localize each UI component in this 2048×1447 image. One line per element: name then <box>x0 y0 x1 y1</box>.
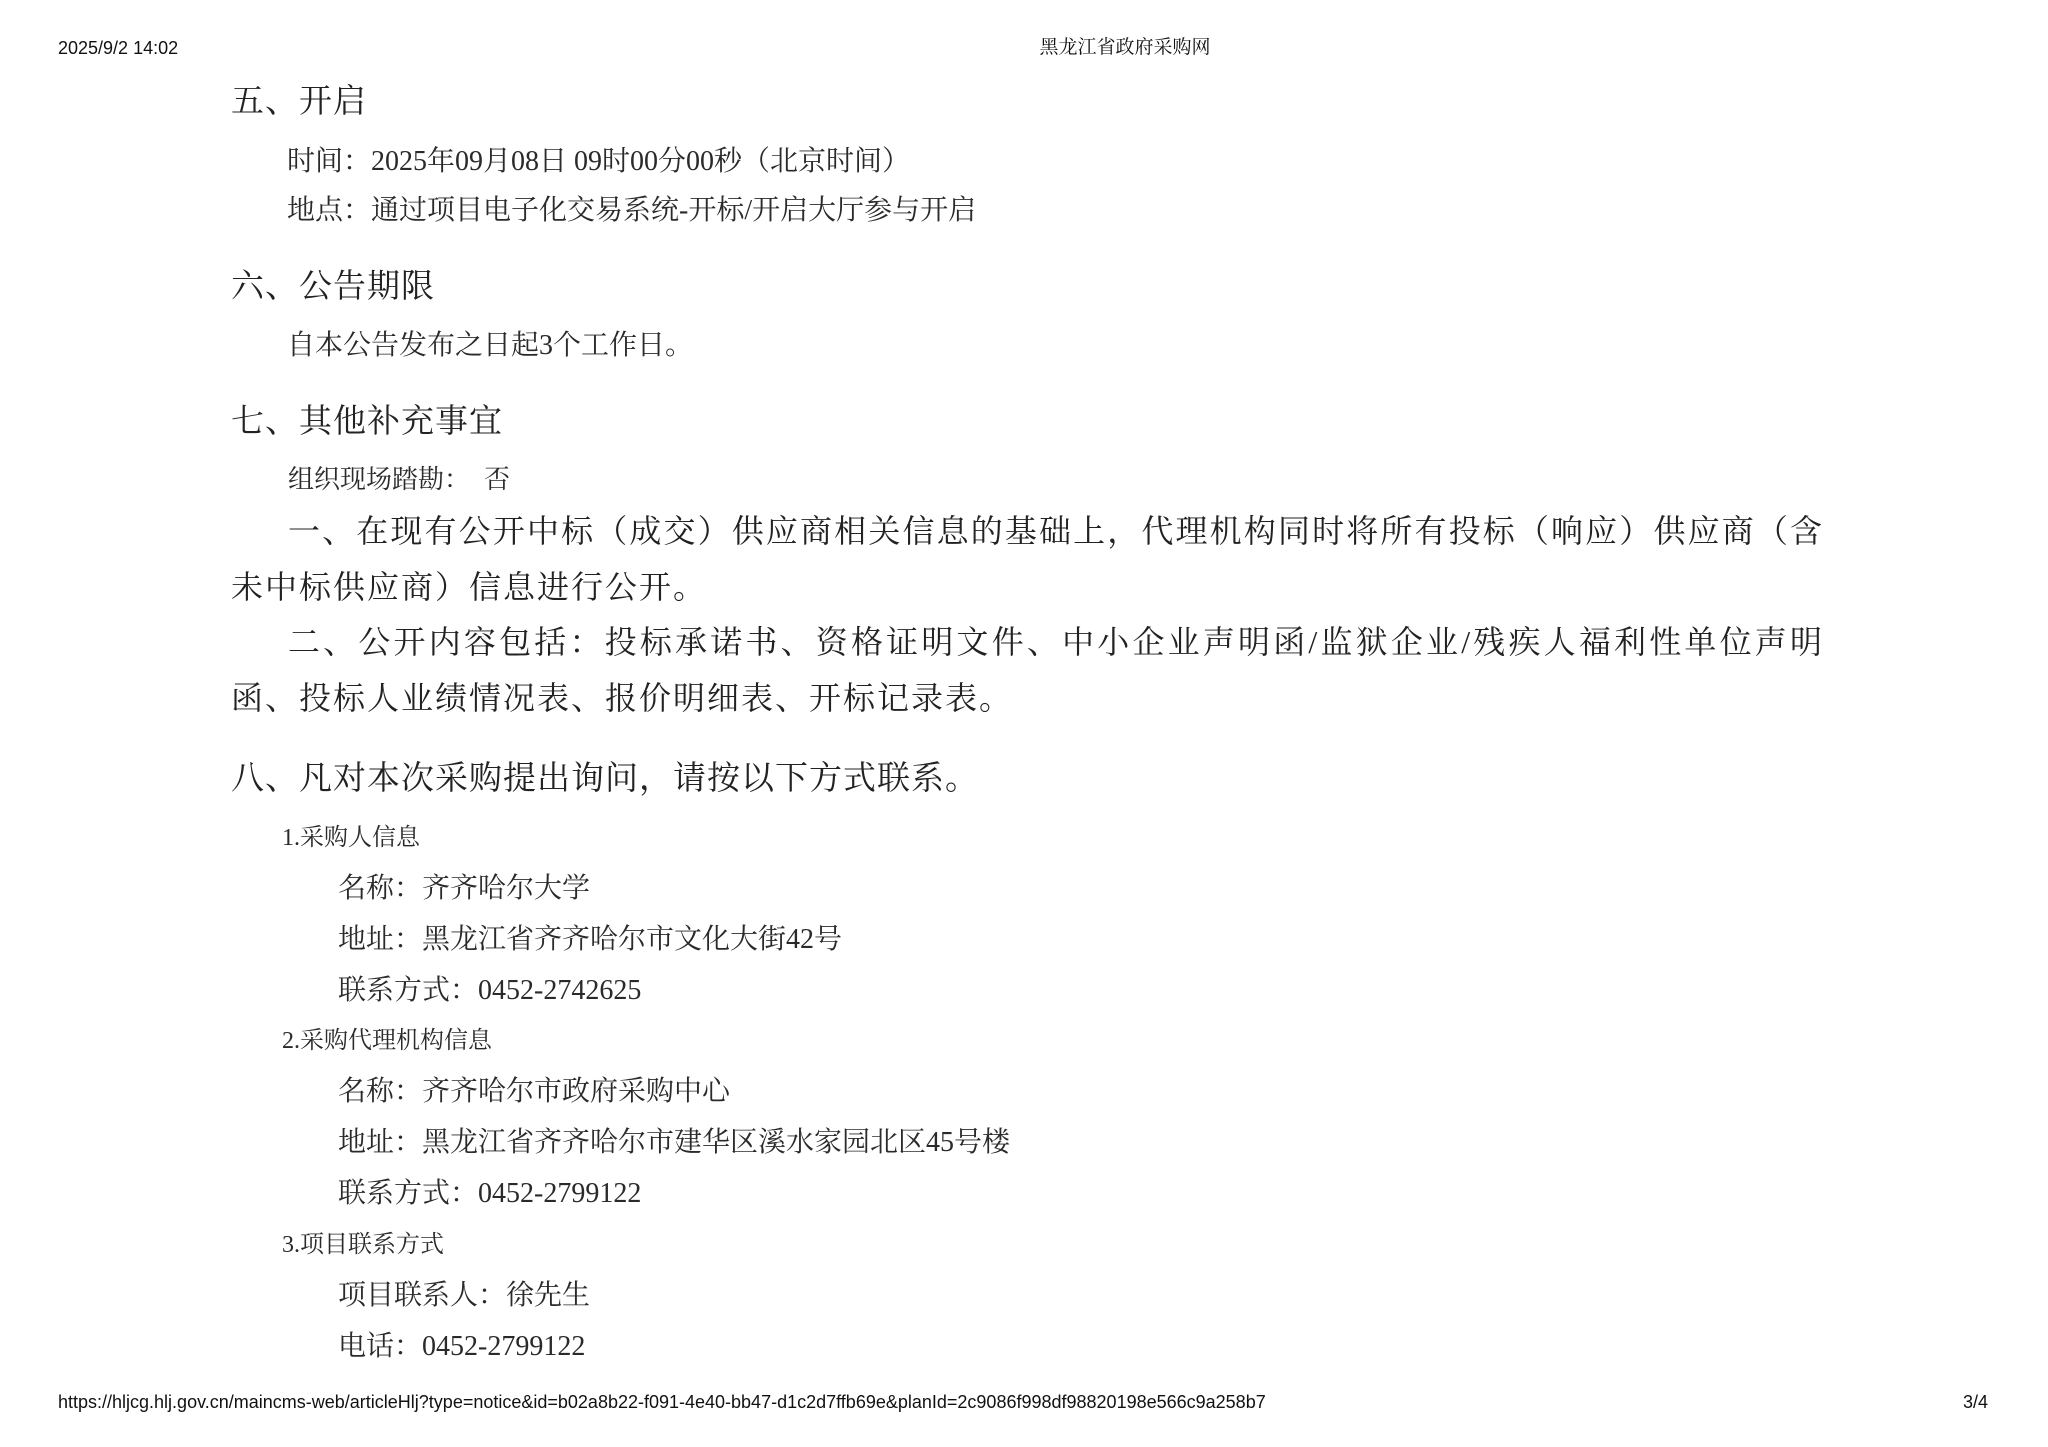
project-contact-title: 3.项目联系方式 <box>282 1229 444 1261</box>
print-page-number: 3/4 <box>1963 1390 1988 1414</box>
opening-location: 地点：通过项目电子化交易系统-开标/开启大厅参与开启 <box>287 193 976 229</box>
agency-info-title: 2.采购代理机构信息 <box>282 1025 492 1057</box>
paragraph-line: 未中标供应商）信息进行公开。 <box>231 566 707 608</box>
print-datetime: 2025/9/2 14:02 <box>58 36 178 60</box>
project-contact-person: 项目联系人：徐先生 <box>338 1278 590 1314</box>
paragraph-line: 函、投标人业绩情况表、报价明细表、开标记录表。 <box>231 677 1013 719</box>
purchaser-address: 地址：黑龙江省齐齐哈尔市文化大街42号 <box>338 922 842 958</box>
agency-address: 地址：黑龙江省齐齐哈尔市建华区溪水家园北区45号楼 <box>338 1125 1010 1161</box>
print-site-title: 黑龙江省政府采购网 <box>925 36 1325 60</box>
notice-period-text: 自本公告发布之日起3个工作日。 <box>287 328 693 364</box>
site-visit-label: 组织现场踏勘： <box>288 465 470 494</box>
purchaser-name: 名称：齐齐哈尔大学 <box>338 871 590 907</box>
section-heading-other-matters: 七、其他补充事宜 <box>231 401 503 443</box>
project-contact-phone: 电话：0452-2799122 <box>338 1329 585 1365</box>
paragraph-line: 二、公开内容包括：投标承诺书、资格证明文件、中小企业声明函/监狱企业/残疾人福利… <box>288 621 1822 663</box>
opening-time: 时间：2025年09月08日 09时00分00秒（北京时间） <box>287 144 910 180</box>
purchaser-info-title: 1.采购人信息 <box>282 822 420 854</box>
site-visit-row: 组织现场踏勘：否 <box>288 463 510 497</box>
purchaser-phone: 联系方式：0452-2742625 <box>338 973 641 1009</box>
section-heading-notice-period: 六、公告期限 <box>231 266 435 308</box>
paragraph-line: 一、在现有公开中标（成交）供应商相关信息的基础上，代理机构同时将所有投标（响应）… <box>288 510 1822 552</box>
section-heading-contact: 八、凡对本次采购提出询问，请按以下方式联系。 <box>231 758 979 800</box>
site-visit-value: 否 <box>484 465 510 494</box>
print-footer-url: https://hljcg.hlj.gov.cn/maincms-web/art… <box>58 1390 1266 1414</box>
section-heading-opening: 五、开启 <box>231 81 367 123</box>
agency-phone: 联系方式：0452-2799122 <box>338 1176 641 1212</box>
agency-name: 名称：齐齐哈尔市政府采购中心 <box>338 1074 730 1110</box>
